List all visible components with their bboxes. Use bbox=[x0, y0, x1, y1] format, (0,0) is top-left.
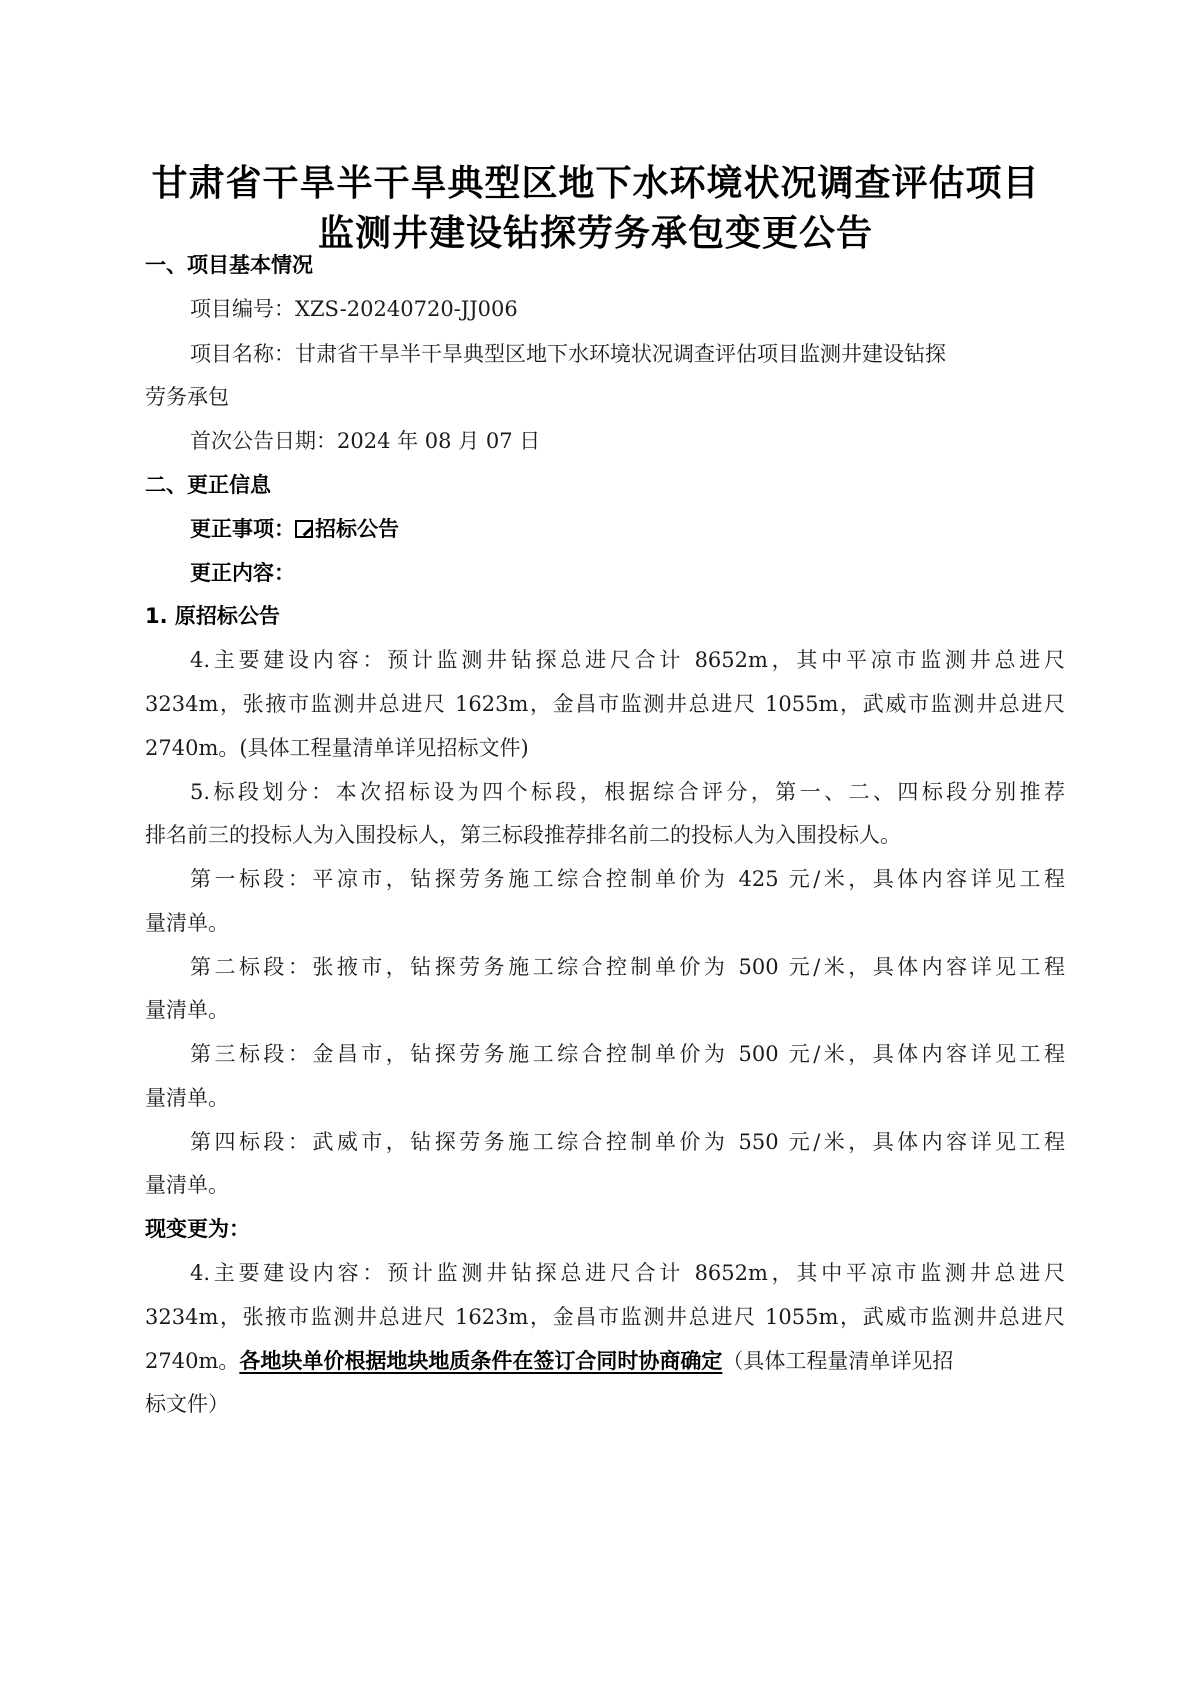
original-announcement-heading: 1. 原招标公告 bbox=[145, 601, 1065, 631]
checked-checkbox-icon bbox=[295, 520, 313, 538]
original-item4-line2: 3234m，张掖市监测井总进尺 1623m，金昌市监测井总进尺 1055m，武威… bbox=[145, 689, 1065, 719]
lot3-line2: 量清单。 bbox=[145, 1083, 1065, 1113]
lot2-line2: 量清单。 bbox=[145, 995, 1065, 1025]
correction-item-label: 更正事项： bbox=[190, 517, 295, 541]
correction-item-value: 招标公告 bbox=[315, 517, 399, 541]
document-title-line1: 甘肃省干旱半干旱典型区地下水环境状况调查评估项目 bbox=[0, 155, 1191, 206]
section-heading-basic-info: 一、项目基本情况 bbox=[145, 250, 1065, 280]
document-title-line2: 监测井建设钻探劳务承包变更公告 bbox=[0, 205, 1191, 256]
section-heading-correction: 二、更正信息 bbox=[145, 470, 1065, 500]
lot2-line1: 第二标段：张掖市，钻探劳务施工综合控制单价为 500 元/米，具体内容详见工程 bbox=[190, 952, 1065, 982]
lot4-line2: 量清单。 bbox=[145, 1170, 1065, 1200]
original-item4-line1: 4.主要建设内容：预计监测井钻探总进尺合计 8652m，其中平凉市监测井总进尺 bbox=[190, 645, 1065, 675]
project-name-line1: 项目名称：甘肃省干旱半干旱典型区地下水环境状况调查评估项目监测井建设钻探 bbox=[190, 339, 1070, 369]
lot3-line1: 第三标段：金昌市，钻探劳务施工综合控制单价为 500 元/米，具体内容详见工程 bbox=[190, 1039, 1065, 1069]
lot1-line2: 量清单。 bbox=[145, 908, 1065, 938]
changed-item4-line4: 标文件） bbox=[145, 1389, 1065, 1419]
changed-heading: 现变更为： bbox=[145, 1214, 1065, 1244]
changed-item4-line1: 4.主要建设内容：预计监测井钻探总进尺合计 8652m，其中平凉市监测井总进尺 bbox=[190, 1258, 1065, 1288]
changed-item4-prefix: 2740m。 bbox=[145, 1349, 239, 1373]
document-page: 甘肃省干旱半干旱典型区地下水环境状况调查评估项目 监测井建设钻探劳务承包变更公告… bbox=[0, 0, 1191, 1684]
changed-emphasis-text: 各地块单价根据地块地质条件在签订合同时协商确定 bbox=[239, 1349, 722, 1373]
changed-item4-line2: 3234m，张掖市监测井总进尺 1623m，金昌市监测井总进尺 1055m，武威… bbox=[145, 1302, 1065, 1332]
first-notice-date: 首次公告日期：2024 年 08 月 07 日 bbox=[190, 426, 1110, 456]
lot4-line1: 第四标段：武威市，钻探劳务施工综合控制单价为 550 元/米，具体内容详见工程 bbox=[190, 1127, 1065, 1157]
original-item5-line2: 排名前三的投标人为入围投标人，第三标段推荐排名前二的投标人为入围投标人。 bbox=[145, 820, 1065, 850]
original-item5-line1: 5.标段划分：本次招标设为四个标段，根据综合评分，第一、二、四标段分别推荐 bbox=[190, 777, 1065, 807]
changed-item4-line3: 2740m。各地块单价根据地块地质条件在签订合同时协商确定（具体工程量清单详见招 bbox=[145, 1346, 1065, 1376]
lot1-line1: 第一标段：平凉市，钻探劳务施工综合控制单价为 425 元/米，具体内容详见工程 bbox=[190, 864, 1065, 894]
changed-item4-suffix: （具体工程量清单详见招 bbox=[722, 1349, 953, 1373]
project-number: 项目编号：XZS-20240720-JJ006 bbox=[190, 294, 1110, 324]
original-item4-line3: 2740m。(具体工程量清单详见招标文件) bbox=[145, 733, 1065, 763]
project-name-line2: 劳务承包 bbox=[145, 382, 1065, 412]
correction-content-label: 更正内容： bbox=[190, 558, 1110, 588]
correction-item: 更正事项：招标公告 bbox=[190, 514, 1110, 544]
